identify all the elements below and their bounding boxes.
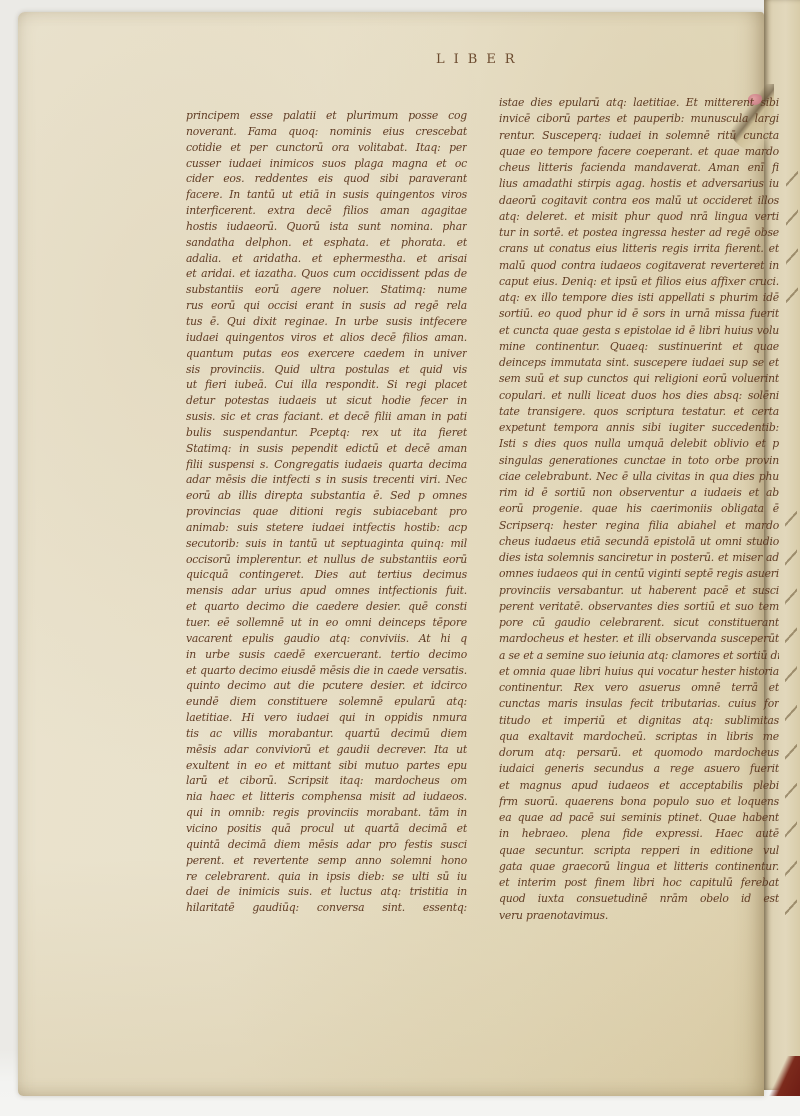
text-line: tis ac villis morabantur. quartū decimū … bbox=[186, 726, 467, 742]
page-edge-marks bbox=[785, 488, 797, 918]
text-line: eorū ab illis direpta substantia ē. Sed … bbox=[186, 488, 467, 504]
text-line: veru praenotavimus. bbox=[499, 908, 779, 924]
text-line: vicino positis quā procul ut quartā deci… bbox=[186, 821, 467, 837]
text-line: provincias quae ditioni regis subiaceban… bbox=[186, 504, 467, 520]
text-line: cheus litteris facienda mandaverat. Aman… bbox=[499, 160, 779, 176]
text-line: larū et ciborū. Scripsit itaq: mardocheu… bbox=[186, 773, 467, 789]
text-line: rus eorū qui occisi erant in susis ad re… bbox=[186, 298, 467, 314]
text-line: frm suorū. quaerens bona populo suo et l… bbox=[499, 794, 779, 810]
text-line: lius amadathi stirpis agag. hostis et ad… bbox=[499, 176, 779, 192]
text-line: Statimq: in susis pependit edictū et dec… bbox=[186, 441, 467, 457]
text-line: istae dies epularū atq: laetitiae. Et mi… bbox=[499, 95, 779, 111]
text-line: re celebrarent. quia in ipsis dieb: se u… bbox=[186, 869, 467, 885]
running-title: LIBER bbox=[436, 52, 596, 67]
text-line: perent veritatē. observantes dies sortiū… bbox=[499, 599, 779, 615]
text-line: titudo et imperiū et dignitas atq: subli… bbox=[499, 713, 779, 729]
text-line: mēsis adar conviviorū et gaudii decrever… bbox=[186, 742, 467, 758]
text-line: exultent in eo et mittant sibi mutuo par… bbox=[186, 758, 467, 774]
text-line: tus ē. Qui dixit reginae. In urbe susis … bbox=[186, 314, 467, 330]
text-line: laetitiae. Hi vero iudaei qui in oppidis… bbox=[186, 710, 467, 726]
text-line: invicē ciborū partes et pauperib: munusc… bbox=[499, 111, 779, 127]
text-line: cider eos. reddentes eis quod sibi parav… bbox=[186, 171, 467, 187]
text-line: omnes iudaeos qui in centū viginti septē… bbox=[499, 566, 779, 582]
text-line: bulis suspendantur. Pceptq: rex ut ita f… bbox=[186, 425, 467, 441]
page-edge-marks bbox=[786, 148, 798, 318]
text-line: tur in sortē. et postea ingressa hester … bbox=[499, 225, 779, 241]
text-line: crans ut conatus eius litteris regis irr… bbox=[499, 241, 779, 257]
text-line: daeorū cogitavit contra eos malū ut occi… bbox=[499, 193, 779, 209]
text-line: cheus iudaeus etiā secundā epistolā ut o… bbox=[499, 534, 779, 550]
text-line: expetunt tempora annis sibi iugiter succ… bbox=[499, 420, 779, 436]
text-line: tate transigere. quos scriptura testatur… bbox=[499, 404, 779, 420]
text-line: sortiū. eo quod phur id ē sors in urnā m… bbox=[499, 306, 779, 322]
text-line: mensis adar urius apud omnes intfectioni… bbox=[186, 583, 467, 599]
text-line: in urbe susis caedē exercuerant. tertio … bbox=[186, 647, 467, 663]
text-line: Isti s dies quos nulla umquā delebit obl… bbox=[499, 436, 779, 452]
text-line: detur potestas iudaeis ut sicut hodie fe… bbox=[186, 393, 467, 409]
text-line: malū quod contra iudaeos cogitaverat rev… bbox=[499, 258, 779, 274]
text-line: cusser iudaei inimicos suos plaga magna … bbox=[186, 156, 467, 172]
text-line: et omnia quae libri huius qui vocatur he… bbox=[499, 664, 779, 680]
text-line: iudaici generis secundus a rege asuero f… bbox=[499, 761, 779, 777]
manuscript-photo: LIBER principem esse palatii et plurimum… bbox=[0, 0, 800, 1116]
text-line: secutorib: suis in tantū ut septuaginta … bbox=[186, 536, 467, 552]
text-line: qui in omnib: regis provinciis morabant.… bbox=[186, 805, 467, 821]
text-line: a se et a semine suo ieiunia atq: clamor… bbox=[499, 648, 779, 664]
text-line: quintā decimā diem mēsis adar pro festis… bbox=[186, 837, 467, 853]
text-line: et interim post finem libri hoc capitulū… bbox=[499, 875, 779, 891]
text-column-left: principem esse palatii et plurimum posse… bbox=[186, 108, 467, 916]
text-line: filii suspensi s. Congregatis iudaeis qu… bbox=[186, 457, 467, 473]
text-column-right: istae dies epularū atq: laetitiae. Et mi… bbox=[499, 95, 779, 924]
text-line: deinceps immutata sint. suscepere iudaei… bbox=[499, 355, 779, 371]
text-line: occisorū implerentur. et nullus de subst… bbox=[186, 552, 467, 568]
text-line: qua exaltavit mardocheū. scriptas in lib… bbox=[499, 729, 779, 745]
text-line: continentur. Rex vero asuerus omnē terrā… bbox=[499, 680, 779, 696]
text-line: et magnus apud iudaeos et acceptabilis p… bbox=[499, 778, 779, 794]
text-line: quae eo tempore facere coeperant. et qua… bbox=[499, 144, 779, 160]
text-line: atq: ex illo tempore dies isti appellati… bbox=[499, 290, 779, 306]
text-line: et quarto decimo eiusdē mēsis die in cae… bbox=[186, 663, 467, 679]
text-line: quod iuxta consuetudinē nrām obelo id es… bbox=[499, 891, 779, 907]
text-line: noverant. Fama quoq: nominis eius cresce… bbox=[186, 124, 467, 140]
text-line: ea quae ad pacē sui seminis ptinet. Quae… bbox=[499, 810, 779, 826]
text-line: daei de inimicis suis. et luctus atq: tr… bbox=[186, 884, 467, 900]
text-line: animab: suis stetere iudaei intfectis ho… bbox=[186, 520, 467, 536]
text-line: provinciis versabantur. ut haberent pacē… bbox=[499, 583, 779, 599]
text-line: hostis iudaeorū. Quorū ista sunt nomina.… bbox=[186, 219, 467, 235]
text-line: nia haec et litteris comphensa misit ad … bbox=[186, 789, 467, 805]
text-line: rentur. Susceperq: iudaei in solemnē rit… bbox=[499, 128, 779, 144]
text-line: mardocheus et hester. et illi observanda… bbox=[499, 631, 779, 647]
text-line: sandatha delphon. et esphata. et phorata… bbox=[186, 235, 467, 251]
text-line: pore cū gaudio celebrarent. sicut consti… bbox=[499, 615, 779, 631]
text-line: adar mēsis die intfecti s in susis trece… bbox=[186, 472, 467, 488]
text-line: dorum atq: persarū. et quomodo mardocheu… bbox=[499, 745, 779, 761]
text-line: substantiis eorū agere noluer. Statimq: … bbox=[186, 282, 467, 298]
text-line: copulari. et nulli liceat duos hos dies … bbox=[499, 388, 779, 404]
text-line: iudaei quingentos viros et alios decē fi… bbox=[186, 330, 467, 346]
text-line: in hebraeo. plena fide expressi. Haec au… bbox=[499, 826, 779, 842]
text-line: tuer. eē sollemnē ut in eo omni deinceps… bbox=[186, 615, 467, 631]
text-line: quae secuntur. scripta repperi in editio… bbox=[499, 843, 779, 859]
text-line: et aridai. et iazatha. Quos cum occidiss… bbox=[186, 266, 467, 282]
text-line: facere. In tantū ut etiā in susis quinge… bbox=[186, 187, 467, 203]
text-line: atq: deleret. et misit phur quod nrā lin… bbox=[499, 209, 779, 225]
text-line: cunctas maris insulas fecit tributarias.… bbox=[499, 696, 779, 712]
text-line: gata quae graecorū lingua et litteris co… bbox=[499, 859, 779, 875]
text-line: et cuncta quae gesta s epistolae id ē li… bbox=[499, 323, 779, 339]
text-line: cotidie et per cunctorū ora volitabat. I… bbox=[186, 140, 467, 156]
text-line: dies ista solemnis sanciretur in posterū… bbox=[499, 550, 779, 566]
text-line: caput eius. Deniq: et ipsū et filios eiu… bbox=[499, 274, 779, 290]
text-line: et quarto decimo die caedere desier. quē… bbox=[186, 599, 467, 615]
text-line: sem suū et sup cunctos qui religioni eor… bbox=[499, 371, 779, 387]
text-line: eundē diem constituere solemnē epularū a… bbox=[186, 694, 467, 710]
text-line: eorū progenie. quae his caerimoniis obli… bbox=[499, 501, 779, 517]
text-line: susis. sic et cras faciant. et decē fili… bbox=[186, 409, 467, 425]
text-line: quinto decimo aut die pcutere desier. et… bbox=[186, 678, 467, 694]
text-line: sis provinciis. Quid ultra postulas et q… bbox=[186, 362, 467, 378]
text-line: Scripserq: hester regina filia abiahel e… bbox=[499, 518, 779, 534]
text-line: perent. et revertente semp anno solemni … bbox=[186, 853, 467, 869]
text-line: quicquā contingeret. Dies aut tertius de… bbox=[186, 567, 467, 583]
text-line: vacarent epulis gaudio atq: conviviis. A… bbox=[186, 631, 467, 647]
text-line: hilaritatē gaudiūq: conversa sint. essen… bbox=[186, 900, 467, 916]
text-line: quantum putas eos exercere caedem in uni… bbox=[186, 346, 467, 362]
text-line: ciae celebrabunt. Nec ē ulla civitas in … bbox=[499, 469, 779, 485]
text-line: principem esse palatii et plurimum posse… bbox=[186, 108, 467, 124]
binding-corner bbox=[768, 1056, 800, 1096]
text-line: mine continentur. Quaeq: sustinuerint et… bbox=[499, 339, 779, 355]
text-line: ut fieri iubeā. Cui illa respondit. Si r… bbox=[186, 377, 467, 393]
text-line: interficerent. extra decē filios aman ag… bbox=[186, 203, 467, 219]
text-line: rim id ē sortiū non observentur a iudaei… bbox=[499, 485, 779, 501]
text-line: adalia. et aridatha. et ephermestha. et … bbox=[186, 251, 467, 267]
text-line: singulas generationes cunctae in toto or… bbox=[499, 453, 779, 469]
